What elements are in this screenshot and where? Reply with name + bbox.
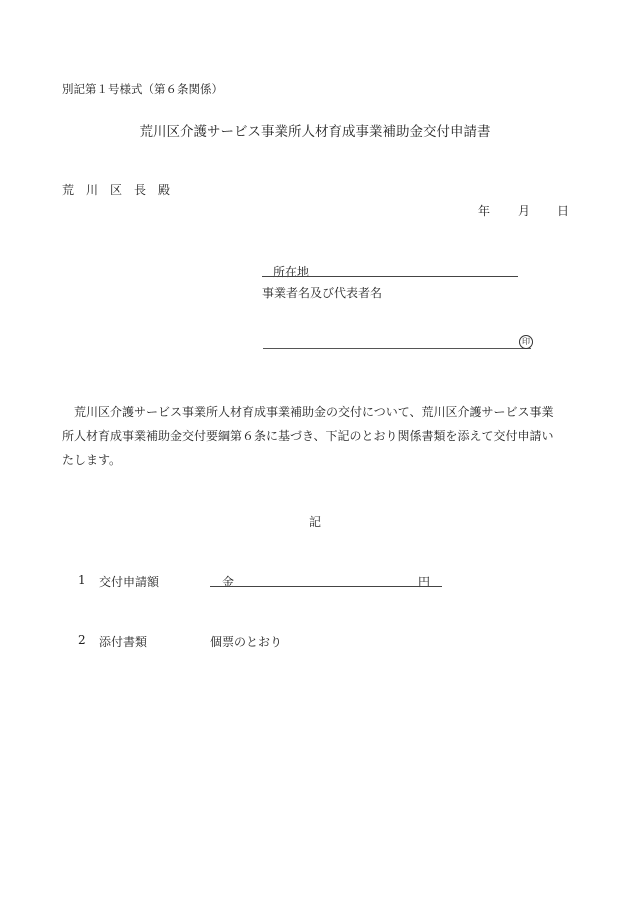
body-line: 所人材育成事業補助金交付要綱第６条に基づき、下記のとおり関係書類を添えて交付申請… — [62, 424, 582, 448]
item-number: 1 — [78, 573, 86, 587]
form-number: 別記第１号様式（第６条関係） — [62, 81, 223, 97]
body-line: 荒川区介護サービス事業所人材育成事業補助金の交付について、荒川区介護サービス事業 — [62, 400, 582, 424]
address-label: 所在地 — [273, 263, 309, 280]
body-paragraph: 荒川区介護サービス事業所人材育成事業補助金の交付について、荒川区介護サービス事業… — [62, 400, 582, 472]
item-label-amount: 交付申請額 — [99, 573, 159, 590]
address-field-line — [262, 276, 518, 277]
addressee: 荒川区長殿 — [62, 181, 182, 198]
signature-field-line — [263, 348, 531, 349]
applicant-name-label: 事業者名及び代表者名 — [262, 284, 382, 301]
document-title: 荒川区介護サービス事業所人材育成事業補助金交付申請書 — [0, 120, 630, 140]
attachments-value: 個票のとおり — [210, 633, 282, 650]
ki-heading: 記 — [0, 513, 630, 530]
day-label: 日 — [557, 202, 577, 219]
seal-icon: 印 — [519, 335, 533, 349]
amount-prefix: 金 — [222, 573, 234, 590]
date-field: 年 月 日 — [478, 202, 577, 219]
item-label-attachments: 添付書類 — [99, 633, 147, 650]
amount-suffix: 円 — [418, 573, 430, 590]
body-line: たします。 — [62, 448, 582, 472]
month-label: 月 — [518, 202, 557, 219]
year-label: 年 — [478, 202, 518, 219]
amount-field-line — [210, 586, 442, 587]
item-number: 2 — [78, 633, 86, 647]
